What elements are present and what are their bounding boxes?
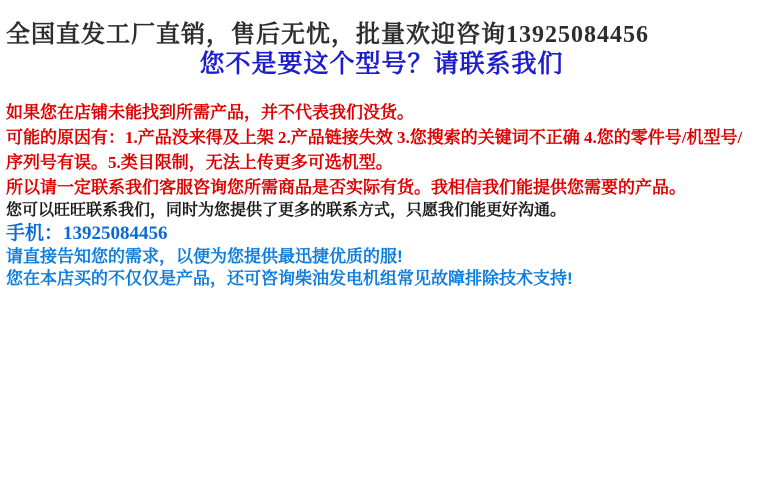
notice-line-contact-service: 所以请一定联系我们客服咨询您所需商品是否实际有货。我相信我们能提供您需要的产品。 <box>6 175 757 200</box>
notice-line-no-stock: 如果您在店铺未能找到所需产品，并不代表我们没货。 <box>6 100 757 125</box>
contact-us-heading: 您不是要这个型号？请联系我们 <box>6 50 757 80</box>
out-of-stock-notice-block: 如果您在店铺未能找到所需产品，并不代表我们没货。 可能的原因有：1.产品没来得及… <box>6 100 757 200</box>
factory-direct-banner: 全国直发工厂直销，售后无忧，批量欢迎咨询13925084456 <box>6 20 757 50</box>
tech-support-note: 您在本店买的不仅仅是产品，还可咨询柴油发电机组常见故障排除技术支持! <box>6 268 757 290</box>
phone-line: 手机：13925084456 <box>6 222 757 246</box>
wangwang-contact-note: 您可以旺旺联系我们，同时为您提供了更多的联系方式，只愿我们能更好沟通。 <box>6 200 757 222</box>
phone-number: 13925084456 <box>63 223 168 244</box>
product-description-page: 全国直发工厂直销，售后无忧，批量欢迎咨询13925084456 您不是要这个型号… <box>0 0 762 497</box>
phone-label: 手机： <box>6 223 63 244</box>
notice-line-reasons: 可能的原因有：1.产品没来得及上架 2.产品链接失效 3.您搜索的关键词不正确 … <box>6 125 757 175</box>
state-your-needs-note: 请直接告知您的需求，以便为您提供最迅捷优质的服! <box>6 246 757 268</box>
